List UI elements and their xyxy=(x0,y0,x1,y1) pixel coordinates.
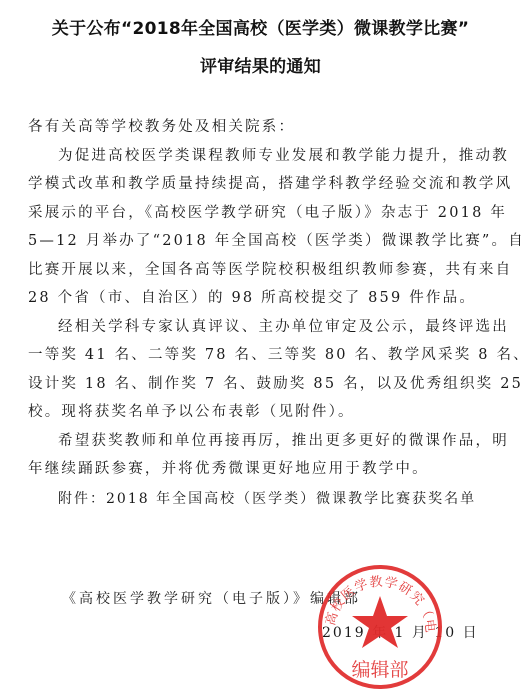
notice-title: 关于公布“2018年全国高校（医学类）微课教学比赛” xyxy=(0,14,521,39)
paragraph-line: 28 个省（市、自治区）的 98 所高校提交了 859 件作品。 xyxy=(28,284,468,313)
paragraph-line: 年继续踊跃参赛，并将优秀微课更好地应用于教学中。 xyxy=(28,455,468,484)
paragraph-line: 校。现将获奖名单予以公布表彰（见附件）。 xyxy=(28,398,468,427)
paragraph-line: 为促进高校医学类课程教师专业发展和教学能力提升，推动教 xyxy=(28,142,468,171)
paragraph-line: 经相关学科专家认真评议、主办单位审定及公示，最终评选出 xyxy=(28,313,468,342)
official-seal-icon: 高校医学教学研究（电子版） 编辑部 xyxy=(312,562,448,692)
paragraph-line: 比赛开展以来，全国各高等医学院校积极组织教师参赛，共有来自 xyxy=(28,256,468,285)
paragraph-line: 希望获奖教师和单位再接再厉，推出更多更好的微课作品，明 xyxy=(28,427,468,456)
salutation: 各有关高等学校教务处及相关院系： xyxy=(28,113,468,142)
seal-center-text: 编辑部 xyxy=(351,659,408,681)
paragraph-line: 学模式改革和教学质量持续提高，搭建学科教学经验交流和教学风 xyxy=(28,170,468,199)
notice-body: 各有关高等学校教务处及相关院系： 为促进高校医学类课程教师专业发展和教学能力提升… xyxy=(28,113,468,484)
paragraph-line: 设计奖 18 名、制作奖 7 名、鼓励奖 85 名，以及优秀组织奖 25 所院 xyxy=(28,370,468,399)
paragraph-line: 一等奖 41 名、二等奖 78 名、三等奖 80 名、教学风采奖 8 名、教学 xyxy=(28,341,468,370)
attachment-note: 附件：2018 年全国高校（医学类）微课教学比赛获奖名单 xyxy=(58,488,476,508)
paragraph-line: 采展示的平台，《高校医学教学研究（电子版）》杂志于 2018 年 xyxy=(28,199,468,228)
paragraph-line: 5—12 月举办了“2018 年全国高校（医学类）微课教学比赛”。自 xyxy=(28,227,468,256)
notice-subtitle: 评审结果的通知 xyxy=(0,52,521,77)
